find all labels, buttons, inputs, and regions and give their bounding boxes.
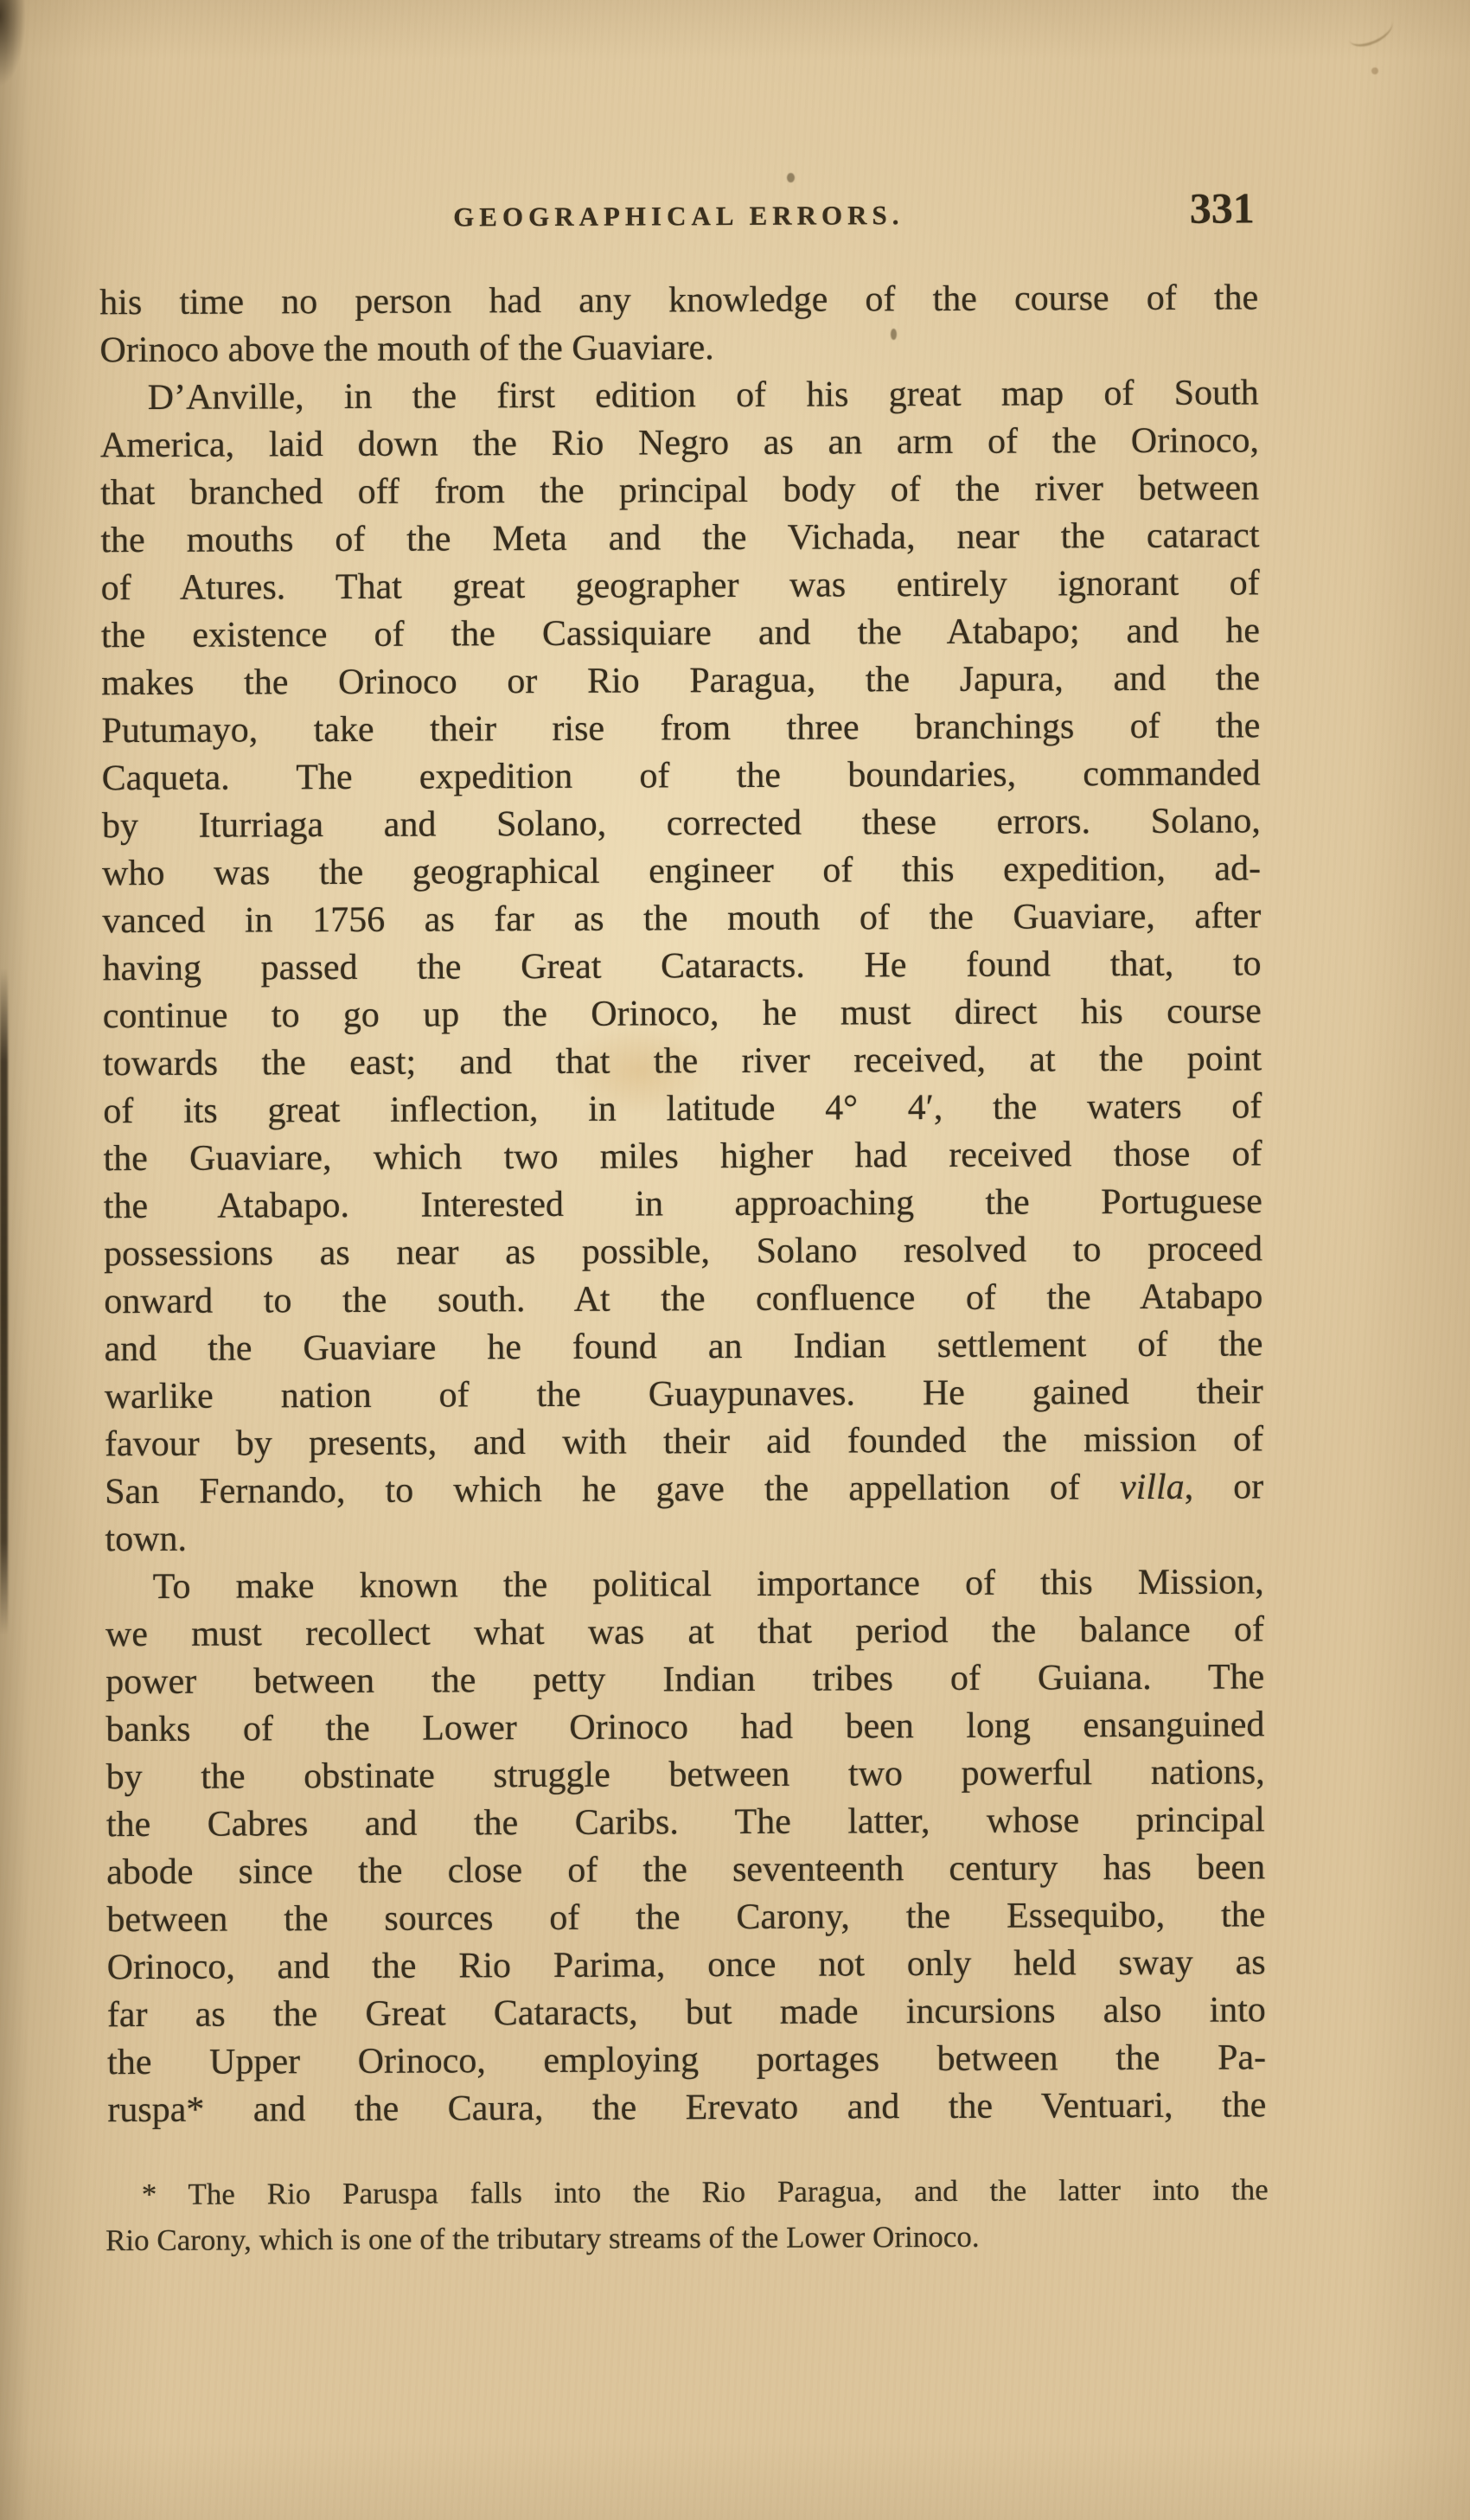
text-line: by Iturriaga and Solano, corrected these… [102,797,1261,850]
text-line: who was the geographical engineer of thi… [102,845,1261,898]
text-line: the mouths of the Meta and the Vichada, … [100,512,1259,565]
body-text: his time no person had any knowledge of … [99,274,1266,2134]
text-segment: possessions as near as possible, Solano … [104,1229,1262,1274]
running-head: GEOGRAPHICAL ERRORS. 331 [99,191,1258,252]
text-segment: San Fernando, to which he gave the appel… [105,1468,1120,1512]
text-line: far as the Great Cataracts, but made inc… [107,1986,1266,2039]
text-segment: the Cabres and the Caribs. The latter, w… [106,1800,1265,1845]
text-line: possessions as near as possible, Solano … [104,1225,1262,1278]
text-segment: the mouths of the Meta and the Vichada, … [100,515,1259,560]
text-segment: the Upper Orinoco, employing portages be… [107,2037,1266,2082]
text-segment: banks of the Lower Orinoco had been long… [105,1705,1264,1749]
text-line: towards the east; and that the river rec… [103,1035,1262,1088]
text-line: the existence of the Cassiquiare and the… [101,607,1260,660]
text-segment: Caqueta. The expedition of the boundarie… [102,753,1261,798]
text-segment: Orinoco, and the Rio Parima, once not on… [107,1942,1266,1987]
text-line: of its great inflection, in latitude 4° … [103,1083,1262,1135]
text-line: the Upper Orinoco, employing portages be… [107,2034,1266,2087]
text-line: ruspa* and the Caura, the Erevato and th… [107,2082,1266,2134]
text-segment: town. [105,1519,187,1559]
text-line: * The Rio Paruspa falls into the Rio Par… [105,2166,1269,2217]
text-line: of Atures. That great geographer was ent… [101,560,1260,612]
text-line: Orinoco above the mouth of the Guaviare. [99,322,1258,374]
text-segment: by Iturriaga and Solano, corrected these… [102,801,1261,846]
text-segment: far as the Great Cataracts, but made inc… [107,1990,1266,2035]
page-content: GEOGRAPHICAL ERRORS. 331 his time no per… [0,0,1470,2520]
text-segment: Rio Carony, which is one of the tributar… [105,2220,980,2257]
text-line: we must recollect what was at that perio… [105,1606,1264,1659]
text-segment: of Atures. That great geographer was ent… [101,563,1260,608]
text-line: makes the Orinoco or Rio Paragua, the Ja… [101,655,1260,707]
paragraph: D’Anville, in the first edition of his g… [100,369,1264,1564]
footnote: * The Rio Paruspa falls into the Rio Par… [105,2166,1269,2263]
text-line: by the obstinate struggle between two po… [106,1749,1265,1801]
text-line: Caqueta. The expedition of the boundarie… [102,750,1261,803]
text-line: the Atabapo. Interested in approaching t… [104,1178,1262,1231]
text-segment: his time no person had any knowledge of … [99,278,1258,323]
text-segment: the Guaviare, which two miles higher had… [103,1134,1262,1179]
text-segment: the existence of the Cassiquiare and the… [101,611,1260,656]
text-line: having passed the Great Cataracts. He fo… [102,940,1261,993]
text-segment: having passed the Great Cataracts. He fo… [103,943,1262,988]
text-line: vanced in 1756 as far as the mouth of th… [102,892,1261,945]
text-line: town. [105,1511,1263,1564]
text-segment: who was the geographical engineer of thi… [102,848,1261,893]
text-line: Putumayo, take their rise from three bra… [101,702,1260,755]
text-line: the Guaviare, which two miles higher had… [103,1130,1262,1183]
text-segment: Putumayo, take their rise from three bra… [101,706,1260,751]
text-segment: ruspa* and the Caura, the Erevato and th… [107,2085,1266,2130]
text-segment: by the obstinate struggle between two po… [106,1752,1265,1797]
text-segment: continue to go up the Orinoco, he must d… [103,991,1262,1036]
text-segment: vanced in 1756 as far as the mouth of th… [102,896,1261,941]
text-line: that branched off from the principal bod… [100,464,1259,517]
text-segment: abode since the close of the seventeenth… [106,1847,1265,1892]
text-line: banks of the Lower Orinoco had been long… [105,1701,1264,1754]
text-line: between the sources of the Carony, the E… [106,1891,1265,1944]
page-title: GEOGRAPHICAL ERRORS. [99,198,1258,234]
text-segment: onward to the south. At the confluence o… [104,1276,1262,1321]
italic-text: villa [1120,1468,1185,1507]
text-line: abode since the close of the seventeenth… [106,1844,1265,1896]
text-segment: favour by presents, and with their aid f… [105,1419,1263,1464]
text-segment: warlike nation of the Guaypunaves. He ga… [105,1372,1263,1417]
text-line: Rio Carony, which is one of the tributar… [105,2212,1269,2263]
text-segment: makes the Orinoco or Rio Paragua, the Ja… [101,658,1260,703]
page-number: 331 [1190,182,1255,233]
text-segment: that branched off from the principal bod… [100,468,1259,513]
text-segment: D’Anville, in the first edition of his g… [148,373,1259,418]
text-segment: we must recollect what was at that perio… [105,1609,1264,1654]
text-segment: , or [1185,1467,1264,1506]
text-line: D’Anville, in the first edition of his g… [100,369,1259,422]
text-line: San Fernando, to which he gave the appel… [105,1463,1263,1516]
text-segment: Orinoco above the mouth of the Guaviare. [99,328,713,370]
text-segment: the Atabapo. Interested in approaching t… [104,1181,1262,1226]
text-segment: and the Guaviare he found an Indian sett… [104,1324,1262,1369]
text-segment: America, laid down the Rio Negro as an a… [100,420,1259,465]
text-line: continue to go up the Orinoco, he must d… [103,988,1262,1040]
text-line: onward to the south. At the confluence o… [104,1273,1262,1326]
paragraph: To make known the political importance o… [105,1558,1267,2134]
book-page: GEOGRAPHICAL ERRORS. 331 his time no per… [0,0,1470,2520]
text-segment: towards the east; and that the river rec… [103,1039,1262,1084]
text-line: his time no person had any knowledge of … [99,274,1258,327]
text-line: and the Guaviare he found an Indian sett… [104,1321,1262,1373]
text-line: warlike nation of the Guaypunaves. He ga… [105,1368,1263,1421]
text-line: America, laid down the Rio Negro as an a… [100,417,1259,470]
paragraph: his time no person had any knowledge of … [99,274,1258,374]
text-line: the Cabres and the Caribs. The latter, w… [106,1796,1265,1849]
text-line: To make known the political importance o… [105,1558,1264,1611]
text-line: favour by presents, and with their aid f… [105,1416,1263,1468]
text-line: Orinoco, and the Rio Parima, once not on… [107,1939,1266,1992]
text-segment: * The Rio Paruspa falls into the Rio Par… [142,2172,1269,2211]
text-segment: of its great inflection, in latitude 4° … [103,1086,1262,1131]
text-segment: between the sources of the Carony, the E… [106,1895,1265,1940]
text-line: power between the petty Indian tribes of… [105,1653,1264,1706]
text-segment: To make known the political importance o… [153,1562,1264,1607]
text-segment: power between the petty Indian tribes of… [105,1657,1264,1702]
